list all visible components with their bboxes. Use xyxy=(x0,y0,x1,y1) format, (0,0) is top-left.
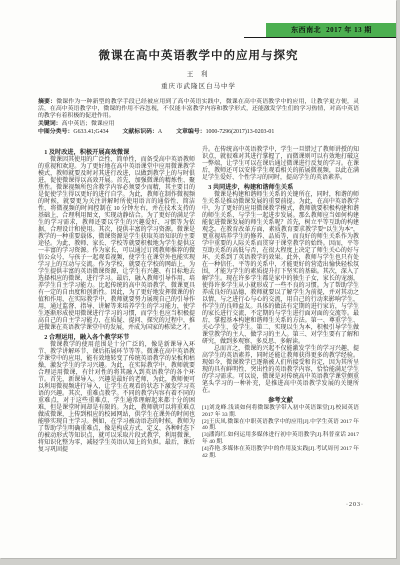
journal-issue: 2017 年 13 期 xyxy=(326,25,372,35)
header-divider xyxy=(244,37,396,38)
doc-code-label: 文献标识码： xyxy=(123,129,158,135)
author-affiliation: 重庆市武隆区白马中学 xyxy=(38,81,359,90)
section-heading: 3 共同进步，构建和谐师生关系 xyxy=(202,184,359,191)
article-id-label: 文章编号： xyxy=(176,129,205,135)
body-paragraph: 微课教学的使用范围是十分广泛的，像是新课导入环节、教学讲解环节、课后拓展环节等等… xyxy=(38,342,195,454)
document-page: 东西南北 2017 年 13 期 微课在高中英语教学中的应用与探究 王 利 重庆… xyxy=(0,0,396,558)
abstract-label: 摘要： xyxy=(38,99,56,105)
references-heading: 参考文献 xyxy=(202,397,359,404)
body-paragraph: 微课因其使用的广泛性、简单性，而备受高中英语教师的重视和欢迎。为了更好地在高中英… xyxy=(38,157,195,332)
author-name: 王 利 xyxy=(38,69,359,78)
article-id-pair: 文章编号：1000-7296(2017)13-0203-01 xyxy=(176,129,274,136)
body-paragraph: 升。在传统高中英语教学中，学生一旦错过了教师讲授的知识点，就很难对其进行掌握了，… xyxy=(202,147,359,182)
journal-header-bar: 东西南北 2017 年 13 期 xyxy=(266,23,396,37)
abstract-text: 微课作为一种新型的教学手段已经被应用到了高中英语实践中，微课在高中英语教学中的应… xyxy=(38,99,359,119)
page-number: ·203· xyxy=(330,502,380,508)
reference-item: [4]乔艳.多媒体在英语教学中的作用及实践[J].考试周刊 2017 年 42 … xyxy=(202,446,359,460)
article-content: 微课在高中英语教学中的应用与探究 王 利 重庆市武隆区白马中学 摘要：微课作为一… xyxy=(0,47,396,459)
keywords-line: 关键词：高中英语；微课应用 xyxy=(38,121,359,128)
reference-item: [3]潘海红.如何运用多媒体进行初中英语教学[J].科普童话 2017 年 40… xyxy=(202,432,359,446)
reference-item: [1]刘龙峰.浅谈如何将微课教学带入初中英语课堂[J].校园英语 2017 年 … xyxy=(202,405,359,419)
abstract-block: 摘要：微课作为一种新型的教学手段已经被应用到了高中英语实践中，微课在高中英语教学… xyxy=(38,99,359,120)
section-heading: 2 合理运用，融入各个教学环节 xyxy=(38,334,195,341)
keywords-text: 高中英语；微课应用 xyxy=(62,121,115,127)
classification-line: 中图分类号：G633.41;G434 文献标识码：A 文章编号：1000-729… xyxy=(38,129,359,136)
article-id-value: 1000-7296(2017)13-0203-01 xyxy=(206,129,275,135)
clc-label: 中图分类号： xyxy=(38,129,73,135)
article-title: 微课在高中英语教学中的应用与探究 xyxy=(38,47,359,63)
body-paragraph: 总而言之，微课的兴起不仅能激发学生的学习兴趣，提高学生的英语素养，同时还能让教师… xyxy=(202,346,359,395)
journal-name: 东西南北 xyxy=(291,25,321,35)
keywords-label: 关键词： xyxy=(38,121,62,127)
body-paragraph: 微课是构建和谐师生关系的关键所在，同时，和谐的师生关系是推动微课发展的重要前提。… xyxy=(202,192,359,346)
body-columns: 1 及时改进，积极开展高效微课微课因其使用的广泛性、简单性，而备受高中英语教师的… xyxy=(38,147,359,459)
reference-item: [2]王庆凤.微课在中职英语教学中的应用[J].中学生英语 2017 年 40 … xyxy=(202,419,359,433)
left-column: 1 及时改进，积极开展高效微课微课因其使用的广泛性、简单性，而备受高中英语教师的… xyxy=(38,147,195,459)
doc-code-pair: 文献标识码：A xyxy=(123,129,163,136)
section-heading: 1 及时改进，积极开展高效微课 xyxy=(38,149,195,156)
doc-code-value: A xyxy=(158,129,162,135)
clc-pair: 中图分类号：G633.41;G434 xyxy=(38,129,109,136)
clc-value: G633.41;G434 xyxy=(73,129,108,135)
right-column: 升。在传统高中英语教学中，学生一旦错过了教师讲授的知识点，就很难对其进行掌握了，… xyxy=(202,147,359,459)
